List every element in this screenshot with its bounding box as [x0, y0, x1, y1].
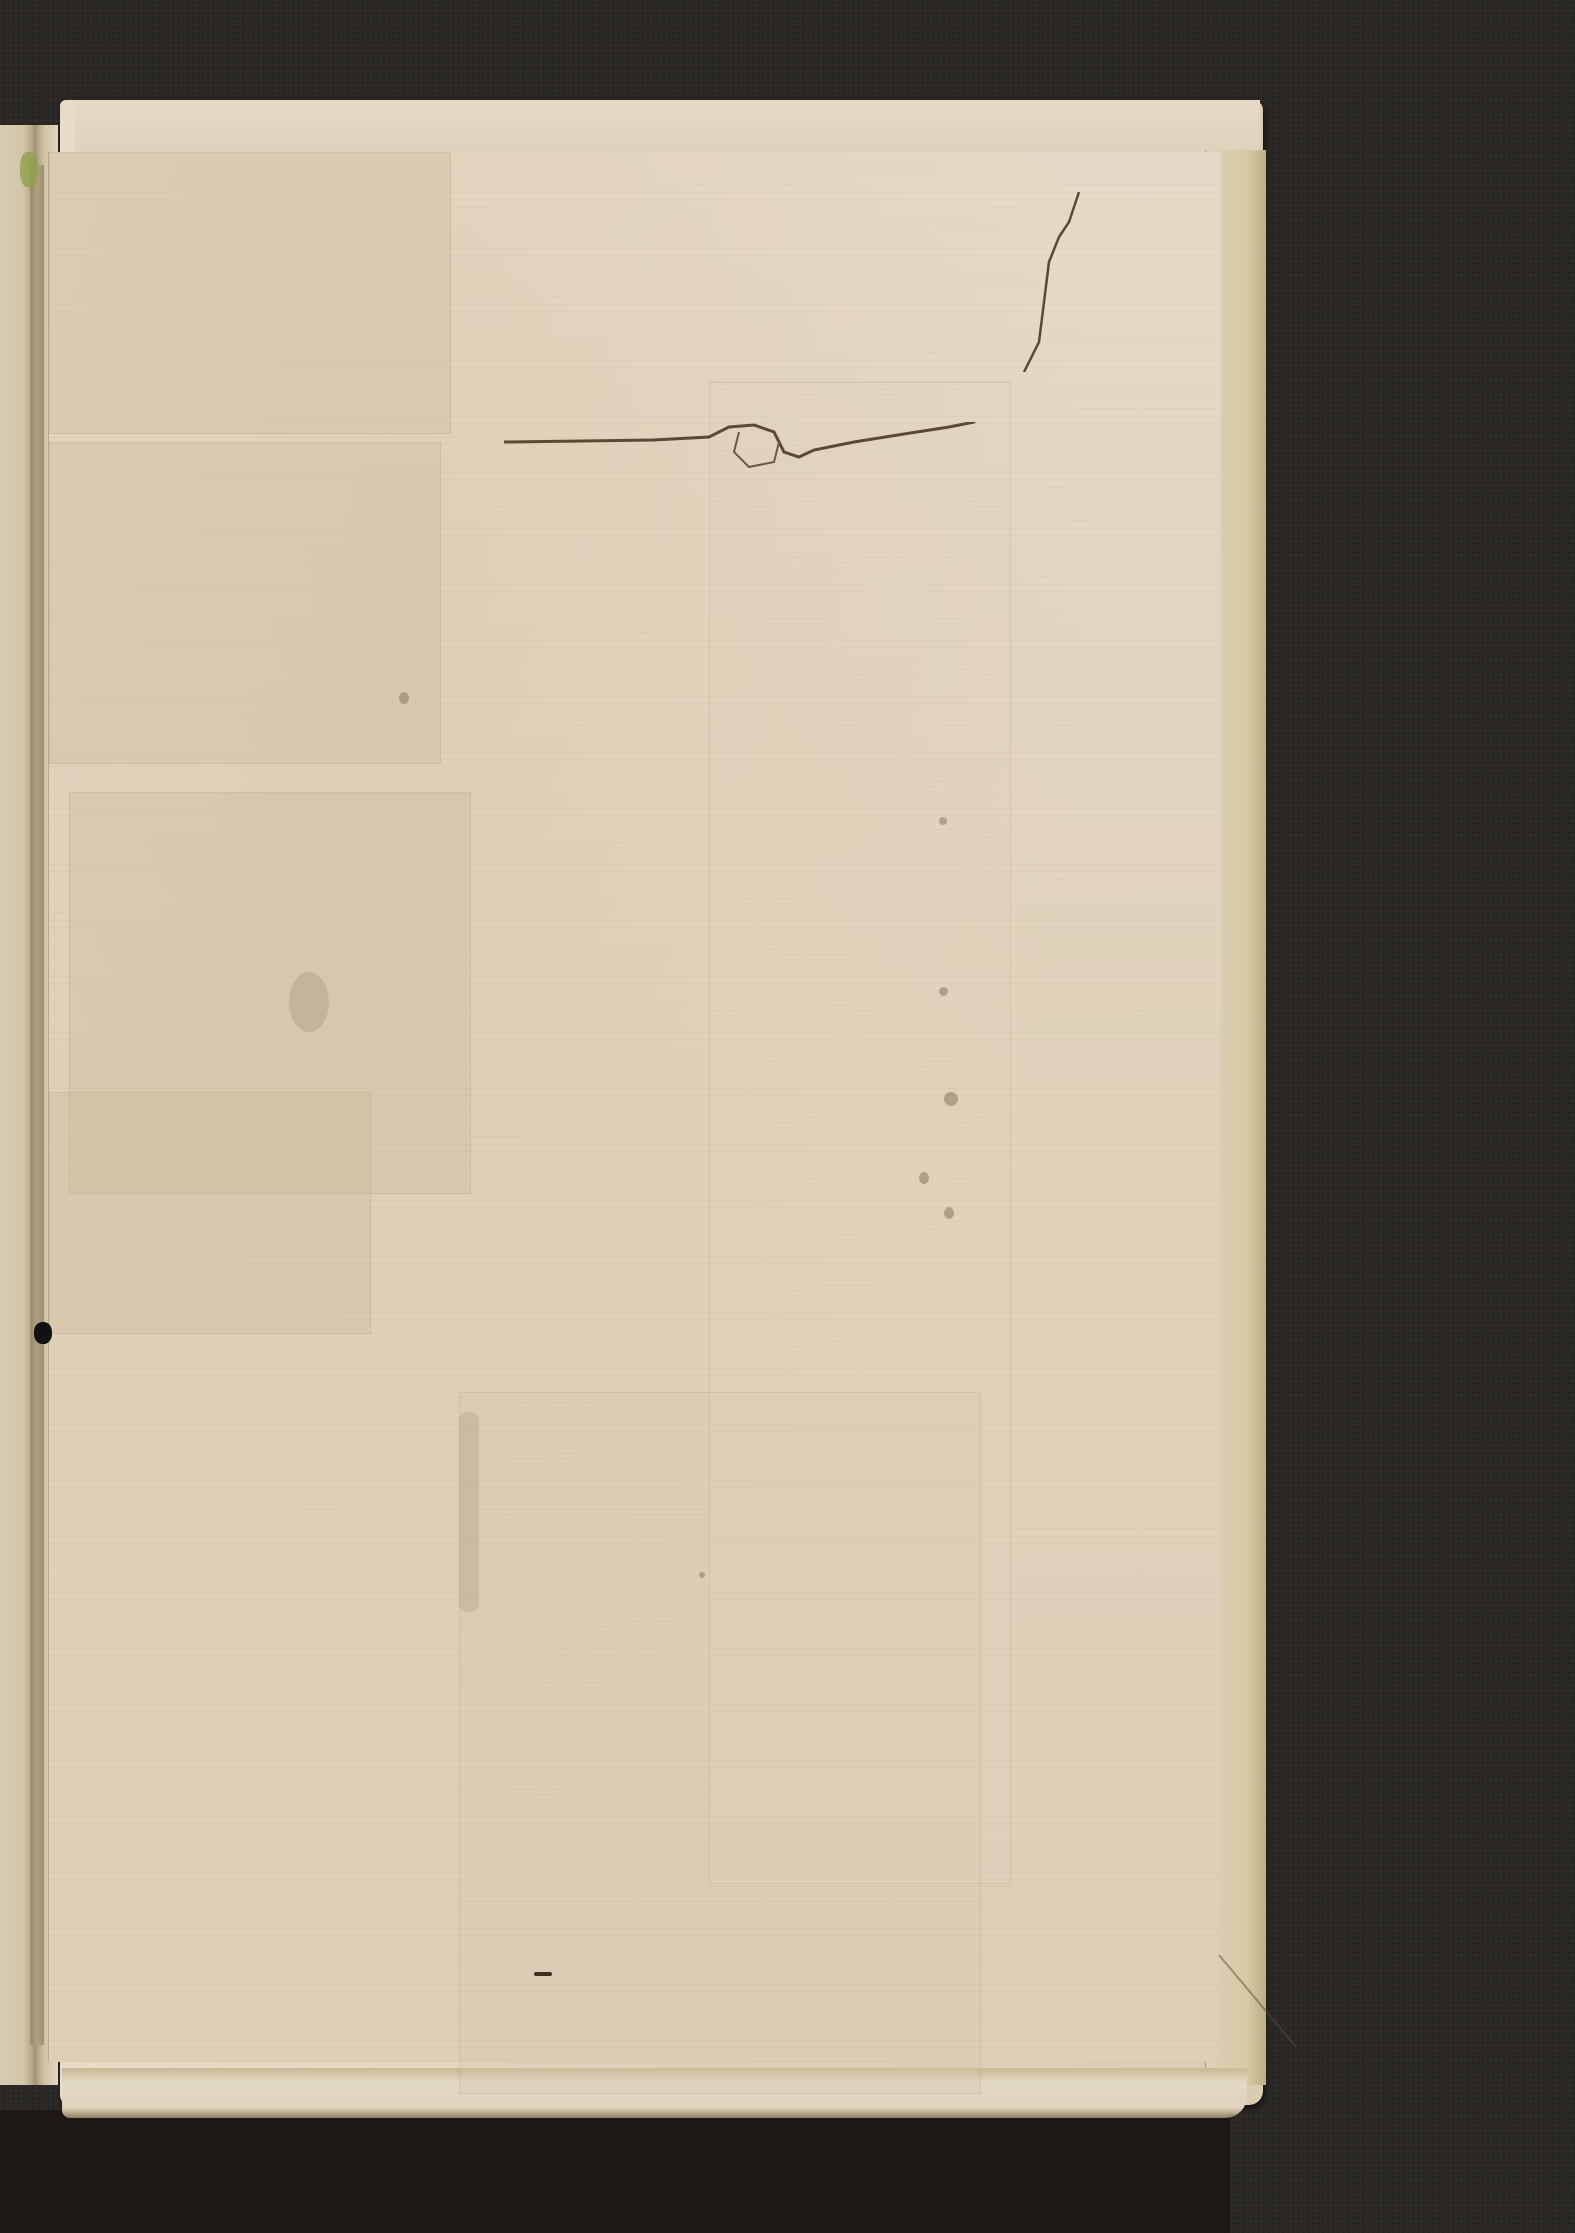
- foxing-stain: [939, 987, 948, 996]
- foxing-cluster: [459, 1412, 479, 1612]
- foxing-stain: [919, 1172, 929, 1184]
- foxing-stain: [944, 1207, 954, 1219]
- dark-hole-spot: [34, 1322, 52, 1344]
- paper-patch: [49, 1092, 371, 1334]
- tear-line: [504, 422, 1064, 502]
- tear-line-upper: [1009, 192, 1089, 372]
- foxing-stain: [944, 1092, 958, 1106]
- paper-patch: [709, 382, 1011, 1884]
- foxing-stain: [399, 692, 409, 704]
- foxing-stain: [699, 1572, 705, 1578]
- ink-mark: [534, 1972, 552, 1976]
- green-tint-spot: [20, 152, 38, 187]
- pastedown-page: [48, 152, 1221, 2062]
- paper-patch: [49, 152, 451, 434]
- paper-patch: [49, 442, 441, 764]
- foxing-stain: [939, 817, 947, 825]
- bottom-shadow: [0, 2110, 1230, 2233]
- spine-crease: [30, 165, 44, 2045]
- cover-top-turn-in: [75, 100, 1260, 155]
- foxing-cluster: [289, 972, 329, 1032]
